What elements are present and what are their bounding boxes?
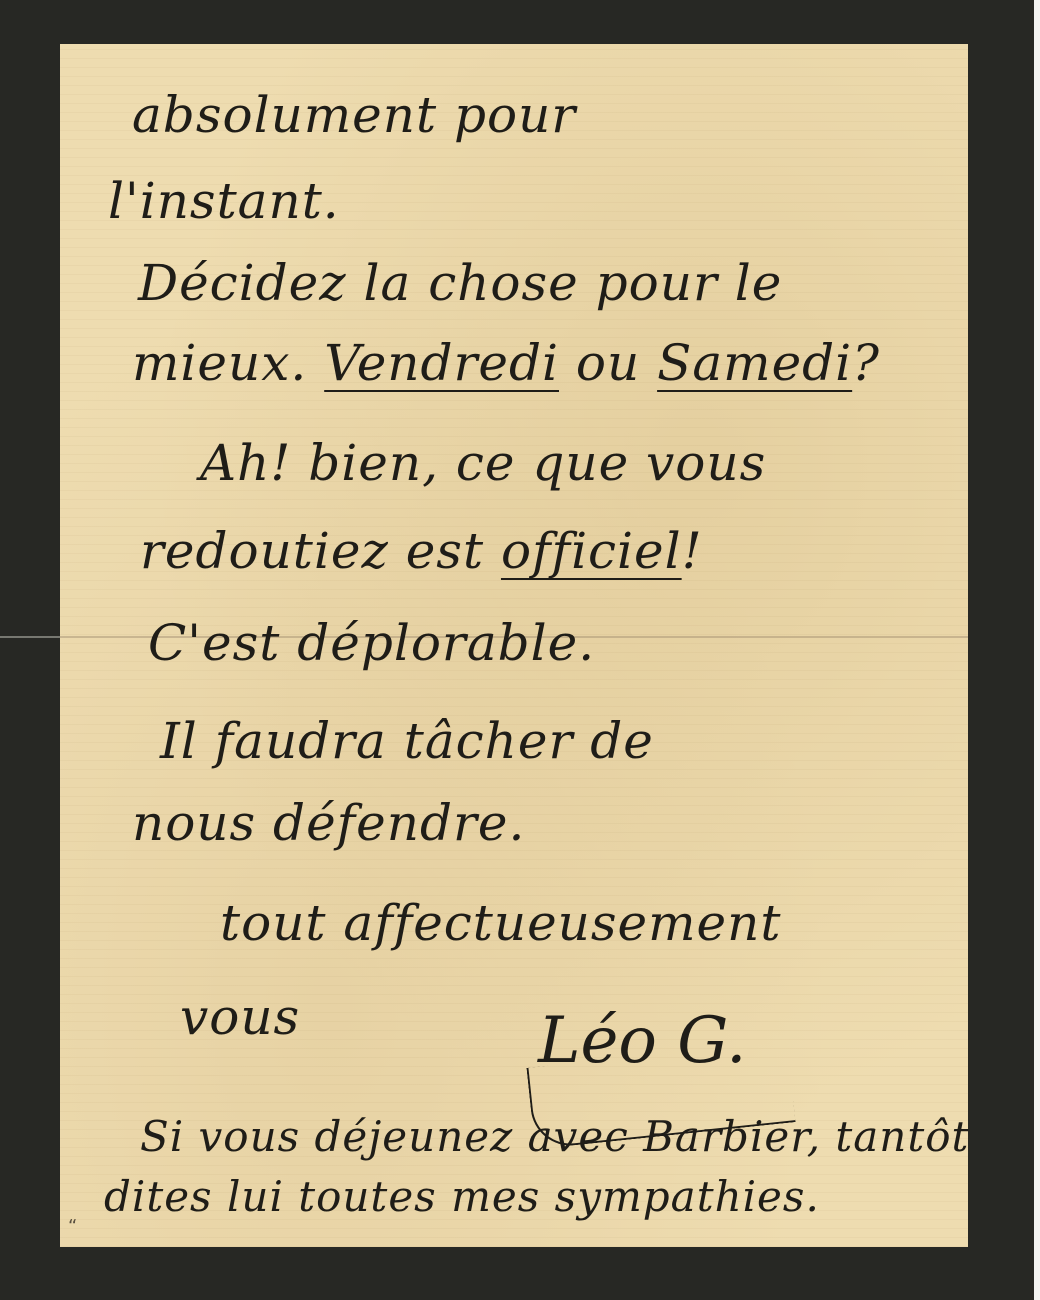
postscript-line-1: Si vous déjeunez avec Barbier, tantôt: [140, 1112, 969, 1161]
corner-ink-mark: “: [68, 1216, 77, 1237]
underlined-officiel: officiel: [501, 522, 682, 580]
letter-paper: absolument pour l'instant. Décidez la ch…: [60, 44, 968, 1247]
letter-line-1: absolument pour: [132, 86, 576, 144]
underlined-vendredi: Vendredi: [324, 334, 559, 392]
underlined-samedi: Samedi: [657, 334, 852, 392]
scan-edge-strip: [1034, 0, 1040, 1300]
line-6-text-after: !: [682, 522, 703, 580]
line-4-text-before: mieux.: [132, 334, 324, 392]
letter-line-9: nous défendre.: [132, 794, 525, 852]
postscript-line-2: dites lui toutes mes sympathies.: [104, 1172, 820, 1221]
letter-line-6: redoutiez est officiel!: [140, 522, 703, 580]
letter-line-7: C'est déplorable.: [148, 614, 595, 672]
letter-line-11: vous: [180, 988, 300, 1046]
letter-line-2: l'instant.: [108, 172, 340, 230]
mount-fold-crease: [0, 636, 60, 638]
letter-line-8: Il faudra tâcher de: [160, 712, 654, 770]
letter-line-3: Décidez la chose pour le: [138, 254, 782, 312]
line-4-text-mid: ou: [559, 334, 657, 392]
letter-line-5: Ah! bien, ce que vous: [200, 434, 766, 492]
letter-line-10: tout affectueusement: [220, 894, 781, 952]
letter-line-4: mieux. Vendredi ou Samedi?: [132, 334, 880, 392]
line-6-text-before: redoutiez est: [140, 522, 501, 580]
line-4-text-after: ?: [852, 334, 880, 392]
